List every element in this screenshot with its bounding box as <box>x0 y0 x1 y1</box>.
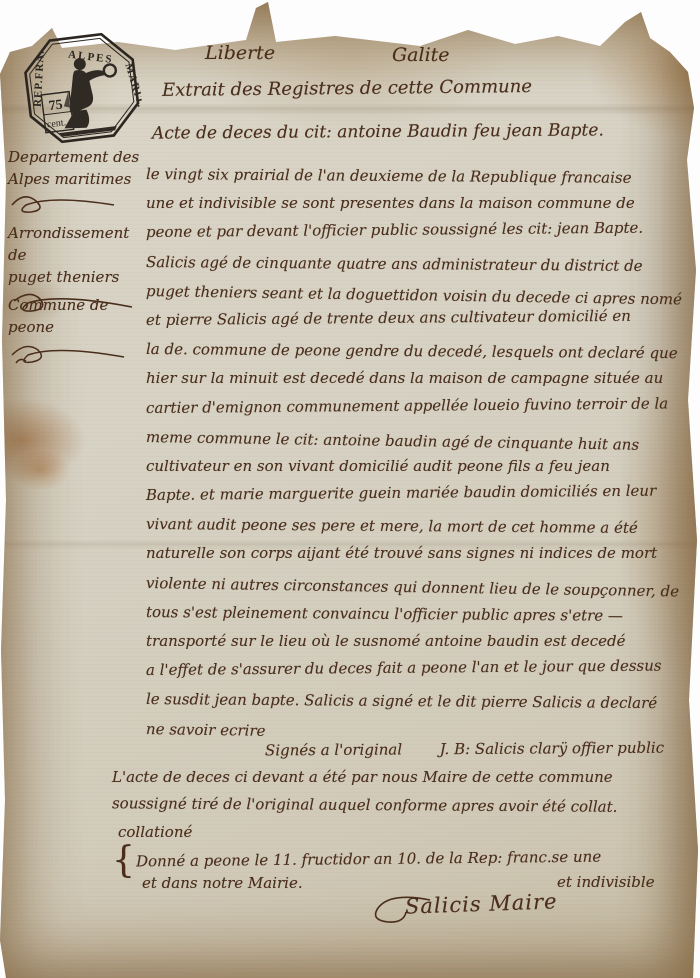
manuscript-line: Bapte. et marie marguerite guein mariée … <box>146 476 698 510</box>
manuscript-line: la de. commune de peone gendre du decedé… <box>146 335 698 369</box>
extract-title: Extrait des Registres de cette Commune <box>162 76 532 101</box>
manuscript-line: vivant audit peone ses pere et mere, la … <box>146 510 698 544</box>
manuscript-line: et pierre Salicis agé de trente deux ans… <box>146 301 698 335</box>
act-title: Acte de deces du cit: antoine Baudin feu… <box>152 120 604 143</box>
manuscript-body: le vingt six prairial de l'an deuxieme d… <box>146 160 698 744</box>
flourish-icon <box>8 193 118 213</box>
margin-line: Commune de <box>8 294 148 316</box>
manuscript-line: tous s'est pleinement convaincu l'offici… <box>146 598 698 632</box>
margin-line: puget theniers <box>8 266 148 288</box>
margin-line: Arrondissement de <box>8 222 148 266</box>
flourish-icon <box>8 341 128 367</box>
issued-line: et dans notre Mairie. <box>142 874 303 892</box>
certification-line: collationé <box>118 823 192 841</box>
motto-egalite: Galite <box>392 44 450 66</box>
stamp-value: 75 <box>48 98 64 115</box>
manuscript-line: Salicis agé de cinquante quatre ans admi… <box>146 248 698 282</box>
signed-at-original-line: Signés a l'original J. B: Salicis clarÿ … <box>265 739 664 760</box>
stamp-value-unit: cent. <box>46 117 66 130</box>
fiscal-stamp: REP.FRA. ALPES MARIT. 75 cent. <box>18 27 147 152</box>
margin-line: Alpes maritimes <box>8 168 148 190</box>
signed-label: Signés a l'original <box>265 740 402 759</box>
certification-line: soussigné tiré de l'original auquel conf… <box>112 794 618 816</box>
brace-mark: { <box>112 846 135 876</box>
margin-note-commune: Commune de peone <box>8 294 148 367</box>
margin-note-departement: Departement des Alpes maritimes <box>8 146 148 213</box>
manuscript-line: le susdit jean bapte. Salicis a signé et… <box>146 685 698 719</box>
manuscript-line: le vingt six prairial de l'an deuxieme d… <box>146 160 698 194</box>
motto-liberte: Liberte <box>205 42 275 64</box>
scanned-document: REP.FRA. ALPES MARIT. 75 cent. Liberte G… <box>0 0 700 978</box>
signature-swash-icon <box>368 890 438 930</box>
margin-line: Departement des <box>8 146 148 168</box>
manuscript-line: a l'effet de s'assurer du deces fait a p… <box>146 651 698 685</box>
issued-line-continuation: et indivisible <box>557 873 655 891</box>
manuscript-line: naturelle son corps aijant été trouvé sa… <box>146 539 698 568</box>
manuscript-line: peone et par devant l'officier public so… <box>146 214 698 248</box>
certification-line: L'acte de deces ci devant a été par nous… <box>112 768 613 786</box>
stamp-left-label: REP.FRA. <box>32 50 47 108</box>
original-signers: J. B: Salicis clarÿ offier public <box>440 739 665 759</box>
manuscript-line: cartier d'emignon communement appellée l… <box>146 389 698 423</box>
margin-line: peone <box>8 316 148 338</box>
stamp-octagon-icon: REP.FRA. ALPES MARIT. 75 cent. <box>18 27 146 148</box>
